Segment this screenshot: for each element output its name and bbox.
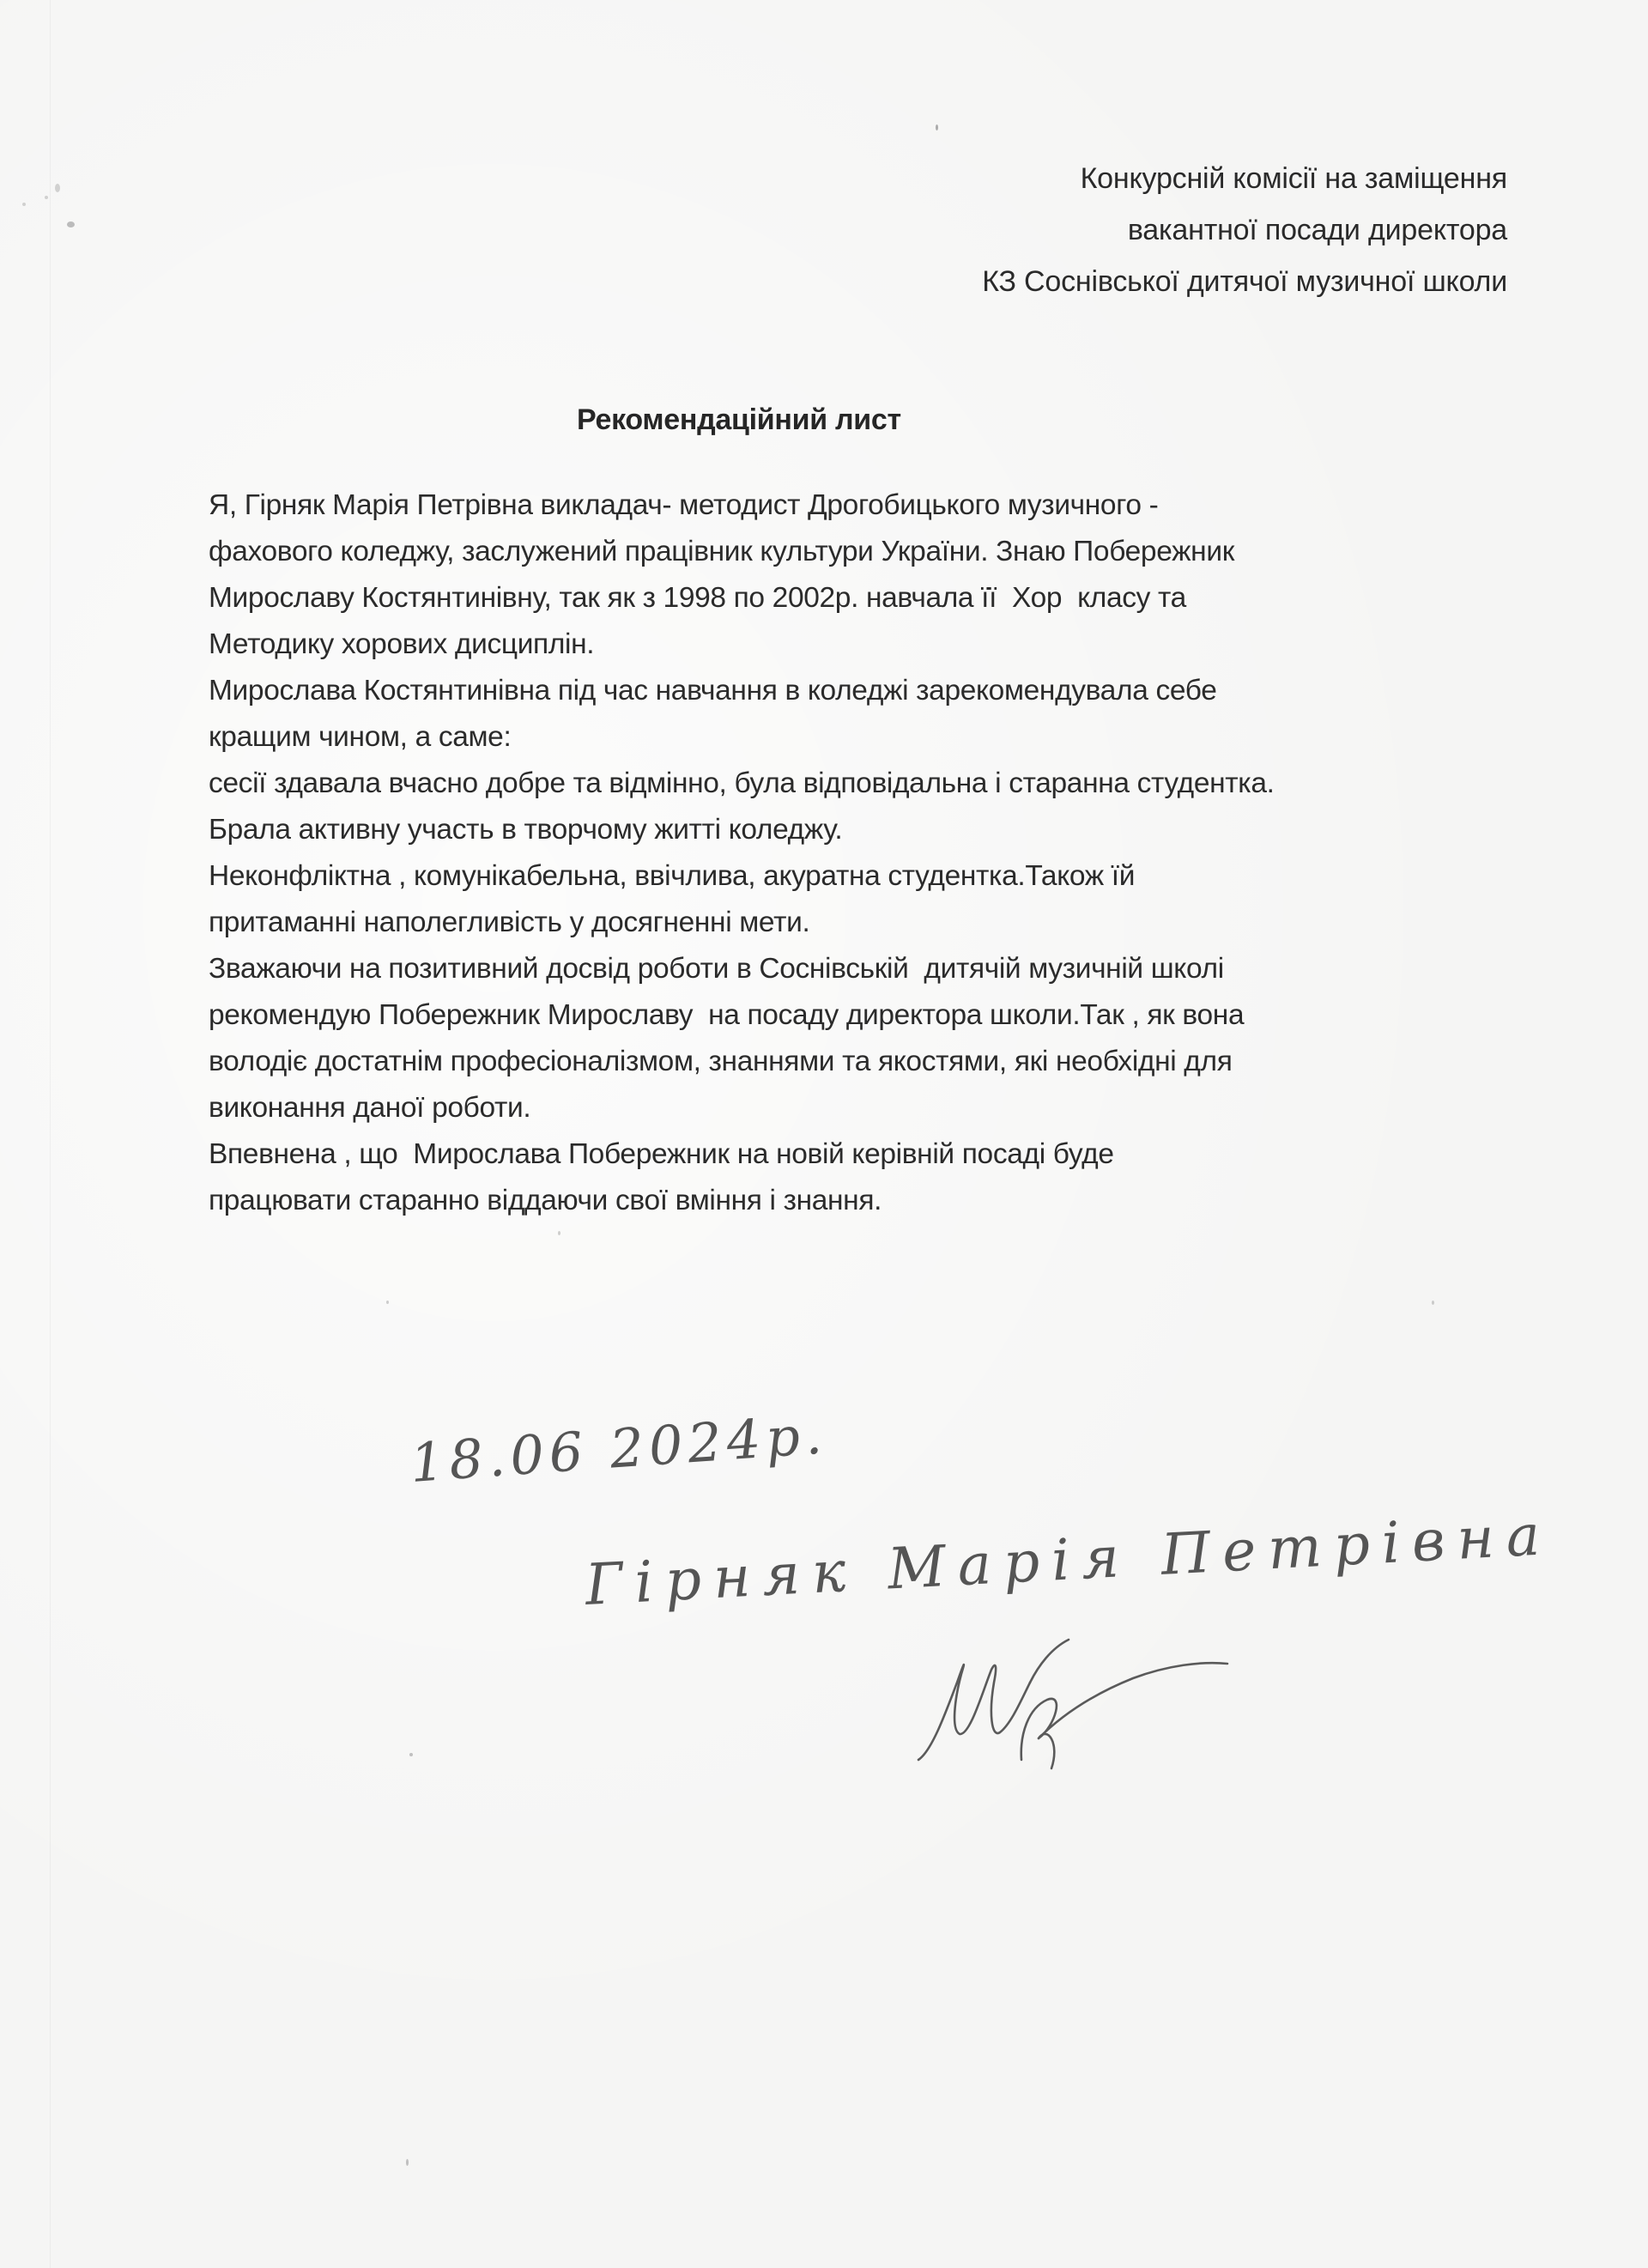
addressee-block: Конкурсній комісії на заміщення вакантно… — [982, 153, 1507, 307]
body-line: фахового коледжу, заслужений працівник к… — [209, 529, 1513, 575]
body-line: володіє достатнім професіоналізмом, знан… — [209, 1039, 1513, 1085]
body-line: Зважаючи на позитивний досвід роботи в С… — [209, 946, 1513, 992]
addressee-line: вакантної посади директора — [982, 204, 1507, 256]
scan-speck — [936, 124, 938, 130]
scan-speck — [406, 2159, 409, 2166]
body-line: рекомендую Побережник Мирославу на посад… — [209, 992, 1513, 1039]
body-line: Я, Гірняк Марія Петрівна викладач- метод… — [209, 482, 1513, 529]
body-line: Впевнена , що Мирослава Побережник на но… — [209, 1131, 1513, 1178]
body-line: виконання даної роботи. — [209, 1085, 1513, 1131]
scan-speck — [67, 221, 75, 227]
body-line: Брала активну участь в творчому житті ко… — [209, 807, 1513, 853]
scan-speck — [45, 196, 48, 199]
addressee-line: КЗ Соснівської дитячої музичної школи — [982, 256, 1507, 307]
body-line: кращим чином, а саме: — [209, 714, 1513, 761]
scan-speck — [558, 1231, 560, 1235]
scanned-page: Конкурсній комісії на заміщення вакантно… — [0, 0, 1648, 2268]
signature-icon — [910, 1631, 1270, 1777]
body-line: притаманні наполегливість у досягненні м… — [209, 900, 1513, 946]
scan-speck — [1432, 1301, 1434, 1305]
body-line: сесії здавала вчасно добре та відмінно, … — [209, 761, 1513, 807]
scan-speck — [22, 203, 26, 206]
scan-edge-line — [50, 0, 51, 2268]
body-line: Мирославу Костянтинівну, так як з 1998 п… — [209, 575, 1513, 622]
body-line: Неконфліктна , комунікабельна, ввічлива,… — [209, 853, 1513, 900]
handwritten-name: Гірняк Марія Петрівна — [584, 1501, 1554, 1618]
body-line: працювати старанно віддаючи свої вміння … — [209, 1178, 1513, 1224]
document-title: Рекомендаційний лист — [577, 403, 901, 437]
scan-speck — [386, 1301, 389, 1304]
scan-speck — [55, 184, 60, 192]
handwritten-date: 18.06 2024р. — [408, 1403, 828, 1495]
letter-body: Я, Гірняк Марія Петрівна викладач- метод… — [209, 482, 1513, 1224]
scan-speck — [409, 1753, 413, 1756]
addressee-line: Конкурсній комісії на заміщення — [982, 153, 1507, 204]
body-line: Методику хорових дисциплін. — [209, 622, 1513, 668]
body-line: Мирослава Костянтинівна під час навчання… — [209, 668, 1513, 714]
